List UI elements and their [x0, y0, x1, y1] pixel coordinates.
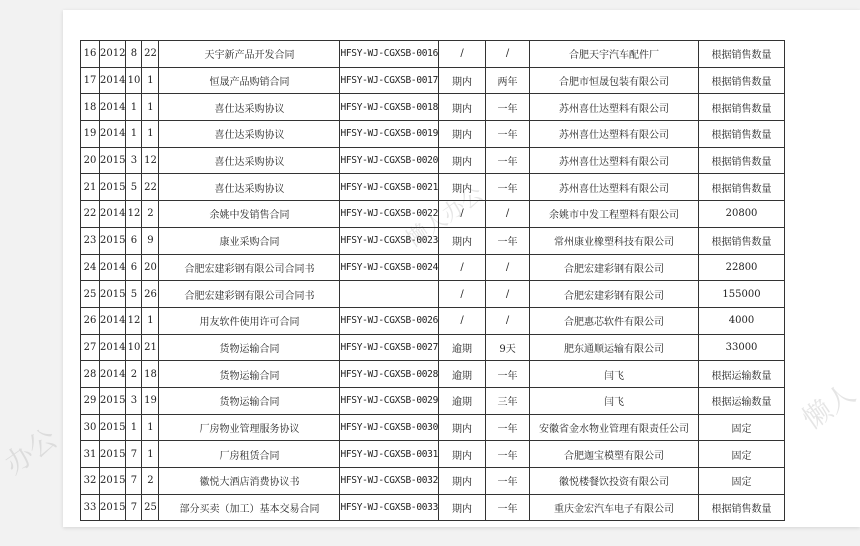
contract-name-cell: 部分买卖（加工）基本交易合同 — [159, 494, 340, 521]
term-cell: 一年 — [486, 227, 530, 254]
contract-name-cell: 厂房物业管理服务协议 — [159, 414, 340, 441]
contract-name-cell: 合肥宏建彩钢有限公司合同书 — [159, 254, 340, 281]
term-cell: 一年 — [486, 94, 530, 121]
contract-code-cell: HFSY-WJ-CGXSB-0018 — [340, 94, 439, 121]
table-row: 17 2014 10 1 恒晟产品购销合同 HFSY-WJ-CGXSB-0017… — [81, 67, 785, 94]
day-cell: 1 — [142, 414, 159, 441]
day-cell: 25 — [142, 494, 159, 521]
contract-code-cell: HFSY-WJ-CGXSB-0022 — [340, 201, 439, 228]
year-cell: 2015 — [100, 147, 126, 174]
month-cell: 7 — [126, 494, 142, 521]
status-cell: 期内 — [439, 227, 486, 254]
amount-cell: 根据销售数量 — [699, 67, 785, 94]
counterparty-cell: 合肥宏建彩钢有限公司 — [530, 254, 699, 281]
month-cell: 7 — [126, 441, 142, 468]
status-cell: 期内 — [439, 67, 486, 94]
amount-cell: 根据销售数量 — [699, 147, 785, 174]
month-cell: 1 — [126, 94, 142, 121]
amount-cell: 根据运输数量 — [699, 361, 785, 388]
row-index: 19 — [81, 121, 100, 148]
contract-name-cell: 货物运输合同 — [159, 361, 340, 388]
contract-name-cell: 天宇新产品开发合同 — [159, 41, 340, 68]
counterparty-cell: 苏州喜仕达塑料有限公司 — [530, 147, 699, 174]
amount-cell: 155000 — [699, 281, 785, 308]
contract-code-cell: HFSY-WJ-CGXSB-0024 — [340, 254, 439, 281]
year-cell: 2015 — [100, 494, 126, 521]
row-index: 21 — [81, 174, 100, 201]
counterparty-cell: 苏州喜仕达塑料有限公司 — [530, 121, 699, 148]
table-row: 23 2015 6 9 康业采购合同 HFSY-WJ-CGXSB-0023 期内… — [81, 227, 785, 254]
status-cell: 逾期 — [439, 387, 486, 414]
day-cell: 21 — [142, 334, 159, 361]
status-cell: 期内 — [439, 147, 486, 174]
amount-cell: 固定 — [699, 414, 785, 441]
table-row: 22 2014 12 2 余姚中发销售合同 HFSY-WJ-CGXSB-0022… — [81, 201, 785, 228]
contract-code-cell: HFSY-WJ-CGXSB-0020 — [340, 147, 439, 174]
term-cell: 一年 — [486, 361, 530, 388]
contract-name-cell: 喜仕达采购协议 — [159, 174, 340, 201]
contract-name-cell: 用友软件使用许可合同 — [159, 307, 340, 334]
status-cell: 期内 — [439, 121, 486, 148]
watermark: 办公 — [0, 418, 64, 483]
status-cell: / — [439, 201, 486, 228]
term-cell: / — [486, 201, 530, 228]
counterparty-cell: 重庆金宏汽车电子有限公司 — [530, 494, 699, 521]
day-cell: 1 — [142, 307, 159, 334]
amount-cell: 4000 — [699, 307, 785, 334]
month-cell: 3 — [126, 387, 142, 414]
row-index: 33 — [81, 494, 100, 521]
day-cell: 2 — [142, 201, 159, 228]
counterparty-cell: 闫飞 — [530, 361, 699, 388]
day-cell: 22 — [142, 41, 159, 68]
amount-cell: 33000 — [699, 334, 785, 361]
amount-cell: 根据销售数量 — [699, 227, 785, 254]
term-cell: / — [486, 307, 530, 334]
day-cell: 9 — [142, 227, 159, 254]
contract-code-cell: HFSY-WJ-CGXSB-0023 — [340, 227, 439, 254]
status-cell: 期内 — [439, 94, 486, 121]
row-index: 27 — [81, 334, 100, 361]
counterparty-cell: 余姚市中发工程塑料有限公司 — [530, 201, 699, 228]
row-index: 32 — [81, 468, 100, 495]
amount-cell: 根据销售数量 — [699, 174, 785, 201]
month-cell: 5 — [126, 174, 142, 201]
status-cell: 期内 — [439, 174, 486, 201]
row-index: 25 — [81, 281, 100, 308]
day-cell: 18 — [142, 361, 159, 388]
year-cell: 2014 — [100, 361, 126, 388]
month-cell: 8 — [126, 41, 142, 68]
row-index: 16 — [81, 41, 100, 68]
table-row: 21 2015 5 22 喜仕达采购协议 HFSY-WJ-CGXSB-0021 … — [81, 174, 785, 201]
contract-code-cell: HFSY-WJ-CGXSB-0021 — [340, 174, 439, 201]
table-row: 19 2014 1 1 喜仕达采购协议 HFSY-WJ-CGXSB-0019 期… — [81, 121, 785, 148]
status-cell: 期内 — [439, 441, 486, 468]
status-cell: 期内 — [439, 414, 486, 441]
table-row: 30 2015 1 1 厂房物业管理服务协议 HFSY-WJ-CGXSB-003… — [81, 414, 785, 441]
status-cell: / — [439, 254, 486, 281]
month-cell: 5 — [126, 281, 142, 308]
term-cell: 9天 — [486, 334, 530, 361]
table-row: 33 2015 7 25 部分买卖（加工）基本交易合同 HFSY-WJ-CGXS… — [81, 494, 785, 521]
day-cell: 1 — [142, 67, 159, 94]
month-cell: 10 — [126, 67, 142, 94]
year-cell: 2014 — [100, 334, 126, 361]
contract-code-cell: HFSY-WJ-CGXSB-0030 — [340, 414, 439, 441]
amount-cell: 根据运输数量 — [699, 387, 785, 414]
year-cell: 2015 — [100, 441, 126, 468]
contract-name-cell: 货物运输合同 — [159, 334, 340, 361]
year-cell: 2014 — [100, 307, 126, 334]
term-cell: 一年 — [486, 147, 530, 174]
year-cell: 2015 — [100, 387, 126, 414]
contract-name-cell: 喜仕达采购协议 — [159, 121, 340, 148]
status-cell: / — [439, 281, 486, 308]
year-cell: 2014 — [100, 201, 126, 228]
term-cell: / — [486, 281, 530, 308]
row-index: 28 — [81, 361, 100, 388]
contract-ledger-table: 16 2012 8 22 天宇新产品开发合同 HFSY-WJ-CGXSB-001… — [80, 40, 785, 521]
contract-code-cell: HFSY-WJ-CGXSB-0029 — [340, 387, 439, 414]
contract-code-cell: HFSY-WJ-CGXSB-0032 — [340, 468, 439, 495]
contract-name-cell: 喜仕达采购协议 — [159, 147, 340, 174]
contract-code-cell: HFSY-WJ-CGXSB-0028 — [340, 361, 439, 388]
table-row: 32 2015 7 2 徽悦大酒店消费协议书 HFSY-WJ-CGXSB-003… — [81, 468, 785, 495]
table-row: 27 2014 10 21 货物运输合同 HFSY-WJ-CGXSB-0027 … — [81, 334, 785, 361]
row-index: 18 — [81, 94, 100, 121]
month-cell: 3 — [126, 147, 142, 174]
month-cell: 10 — [126, 334, 142, 361]
counterparty-cell: 闫飞 — [530, 387, 699, 414]
counterparty-cell: 合肥惠芯软件有限公司 — [530, 307, 699, 334]
contract-name-cell: 徽悦大酒店消费协议书 — [159, 468, 340, 495]
amount-cell: 根据销售数量 — [699, 494, 785, 521]
amount-cell: 20800 — [699, 201, 785, 228]
table-row: 20 2015 3 12 喜仕达采购协议 HFSY-WJ-CGXSB-0020 … — [81, 147, 785, 174]
term-cell: 一年 — [486, 494, 530, 521]
row-index: 22 — [81, 201, 100, 228]
year-cell: 2014 — [100, 254, 126, 281]
contract-name-cell: 喜仕达采购协议 — [159, 94, 340, 121]
table-row: 16 2012 8 22 天宇新产品开发合同 HFSY-WJ-CGXSB-001… — [81, 41, 785, 68]
counterparty-cell: 安徽省金水物业管理有限责任公司 — [530, 414, 699, 441]
amount-cell: 22800 — [699, 254, 785, 281]
contract-code-cell: HFSY-WJ-CGXSB-0031 — [340, 441, 439, 468]
counterparty-cell: 合肥宏建彩钢有限公司 — [530, 281, 699, 308]
status-cell: 逾期 — [439, 361, 486, 388]
year-cell: 2015 — [100, 174, 126, 201]
term-cell: 一年 — [486, 174, 530, 201]
day-cell: 19 — [142, 387, 159, 414]
row-index: 26 — [81, 307, 100, 334]
year-cell: 2015 — [100, 227, 126, 254]
counterparty-cell: 合肥迦宝模塑有限公司 — [530, 441, 699, 468]
counterparty-cell: 苏州喜仕达塑料有限公司 — [530, 174, 699, 201]
contract-name-cell: 恒晟产品购销合同 — [159, 67, 340, 94]
contract-name-cell: 厂房租赁合同 — [159, 441, 340, 468]
term-cell: 一年 — [486, 468, 530, 495]
contract-code-cell: HFSY-WJ-CGXSB-0016 — [340, 41, 439, 68]
contract-code-cell — [340, 281, 439, 308]
row-index: 24 — [81, 254, 100, 281]
row-index: 29 — [81, 387, 100, 414]
status-cell: 期内 — [439, 468, 486, 495]
term-cell: 一年 — [486, 414, 530, 441]
counterparty-cell: 苏州喜仕达塑料有限公司 — [530, 94, 699, 121]
month-cell: 1 — [126, 414, 142, 441]
year-cell: 2015 — [100, 281, 126, 308]
row-index: 17 — [81, 67, 100, 94]
amount-cell: 根据销售数量 — [699, 94, 785, 121]
day-cell: 2 — [142, 468, 159, 495]
status-cell: / — [439, 41, 486, 68]
year-cell: 2014 — [100, 94, 126, 121]
day-cell: 1 — [142, 441, 159, 468]
table-row: 31 2015 7 1 厂房租赁合同 HFSY-WJ-CGXSB-0031 期内… — [81, 441, 785, 468]
contract-code-cell: HFSY-WJ-CGXSB-0027 — [340, 334, 439, 361]
year-cell: 2012 — [100, 41, 126, 68]
month-cell: 6 — [126, 227, 142, 254]
year-cell: 2014 — [100, 121, 126, 148]
year-cell: 2015 — [100, 468, 126, 495]
contract-name-cell: 合肥宏建彩钢有限公司合同书 — [159, 281, 340, 308]
table-row: 28 2014 2 18 货物运输合同 HFSY-WJ-CGXSB-0028 逾… — [81, 361, 785, 388]
counterparty-cell: 徽悦楼餐饮投资有限公司 — [530, 468, 699, 495]
term-cell: 一年 — [486, 441, 530, 468]
counterparty-cell: 常州康业橡塑科技有限公司 — [530, 227, 699, 254]
month-cell: 7 — [126, 468, 142, 495]
contract-name-cell: 货物运输合同 — [159, 387, 340, 414]
term-cell: 一年 — [486, 121, 530, 148]
status-cell: 期内 — [439, 494, 486, 521]
year-cell: 2014 — [100, 67, 126, 94]
status-cell: 逾期 — [439, 334, 486, 361]
counterparty-cell: 合肥市恒晟包装有限公司 — [530, 67, 699, 94]
contract-code-cell: HFSY-WJ-CGXSB-0019 — [340, 121, 439, 148]
term-cell: 两年 — [486, 67, 530, 94]
day-cell: 1 — [142, 121, 159, 148]
amount-cell: 根据销售数量 — [699, 41, 785, 68]
table-row: 29 2015 3 19 货物运输合同 HFSY-WJ-CGXSB-0029 逾… — [81, 387, 785, 414]
table-row: 26 2014 12 1 用友软件使用许可合同 HFSY-WJ-CGXSB-00… — [81, 307, 785, 334]
status-cell: / — [439, 307, 486, 334]
year-cell: 2015 — [100, 414, 126, 441]
table-row: 25 2015 5 26 合肥宏建彩钢有限公司合同书 / / 合肥宏建彩钢有限公… — [81, 281, 785, 308]
term-cell: / — [486, 254, 530, 281]
row-index: 31 — [81, 441, 100, 468]
amount-cell: 固定 — [699, 468, 785, 495]
month-cell: 1 — [126, 121, 142, 148]
day-cell: 1 — [142, 94, 159, 121]
day-cell: 26 — [142, 281, 159, 308]
contract-name-cell: 康业采购合同 — [159, 227, 340, 254]
counterparty-cell: 肥东通顺运输有限公司 — [530, 334, 699, 361]
contract-code-cell: HFSY-WJ-CGXSB-0026 — [340, 307, 439, 334]
counterparty-cell: 合肥天宇汽车配件厂 — [530, 41, 699, 68]
contract-name-cell: 余姚中发销售合同 — [159, 201, 340, 228]
month-cell: 12 — [126, 201, 142, 228]
table-row: 18 2014 1 1 喜仕达采购协议 HFSY-WJ-CGXSB-0018 期… — [81, 94, 785, 121]
month-cell: 2 — [126, 361, 142, 388]
month-cell: 12 — [126, 307, 142, 334]
row-index: 30 — [81, 414, 100, 441]
day-cell: 22 — [142, 174, 159, 201]
row-index: 20 — [81, 147, 100, 174]
day-cell: 12 — [142, 147, 159, 174]
term-cell: 三年 — [486, 387, 530, 414]
term-cell: / — [486, 41, 530, 68]
day-cell: 20 — [142, 254, 159, 281]
contract-code-cell: HFSY-WJ-CGXSB-0033 — [340, 494, 439, 521]
amount-cell: 固定 — [699, 441, 785, 468]
amount-cell: 根据销售数量 — [699, 121, 785, 148]
table-row: 24 2014 6 20 合肥宏建彩钢有限公司合同书 HFSY-WJ-CGXSB… — [81, 254, 785, 281]
contract-code-cell: HFSY-WJ-CGXSB-0017 — [340, 67, 439, 94]
month-cell: 6 — [126, 254, 142, 281]
row-index: 23 — [81, 227, 100, 254]
